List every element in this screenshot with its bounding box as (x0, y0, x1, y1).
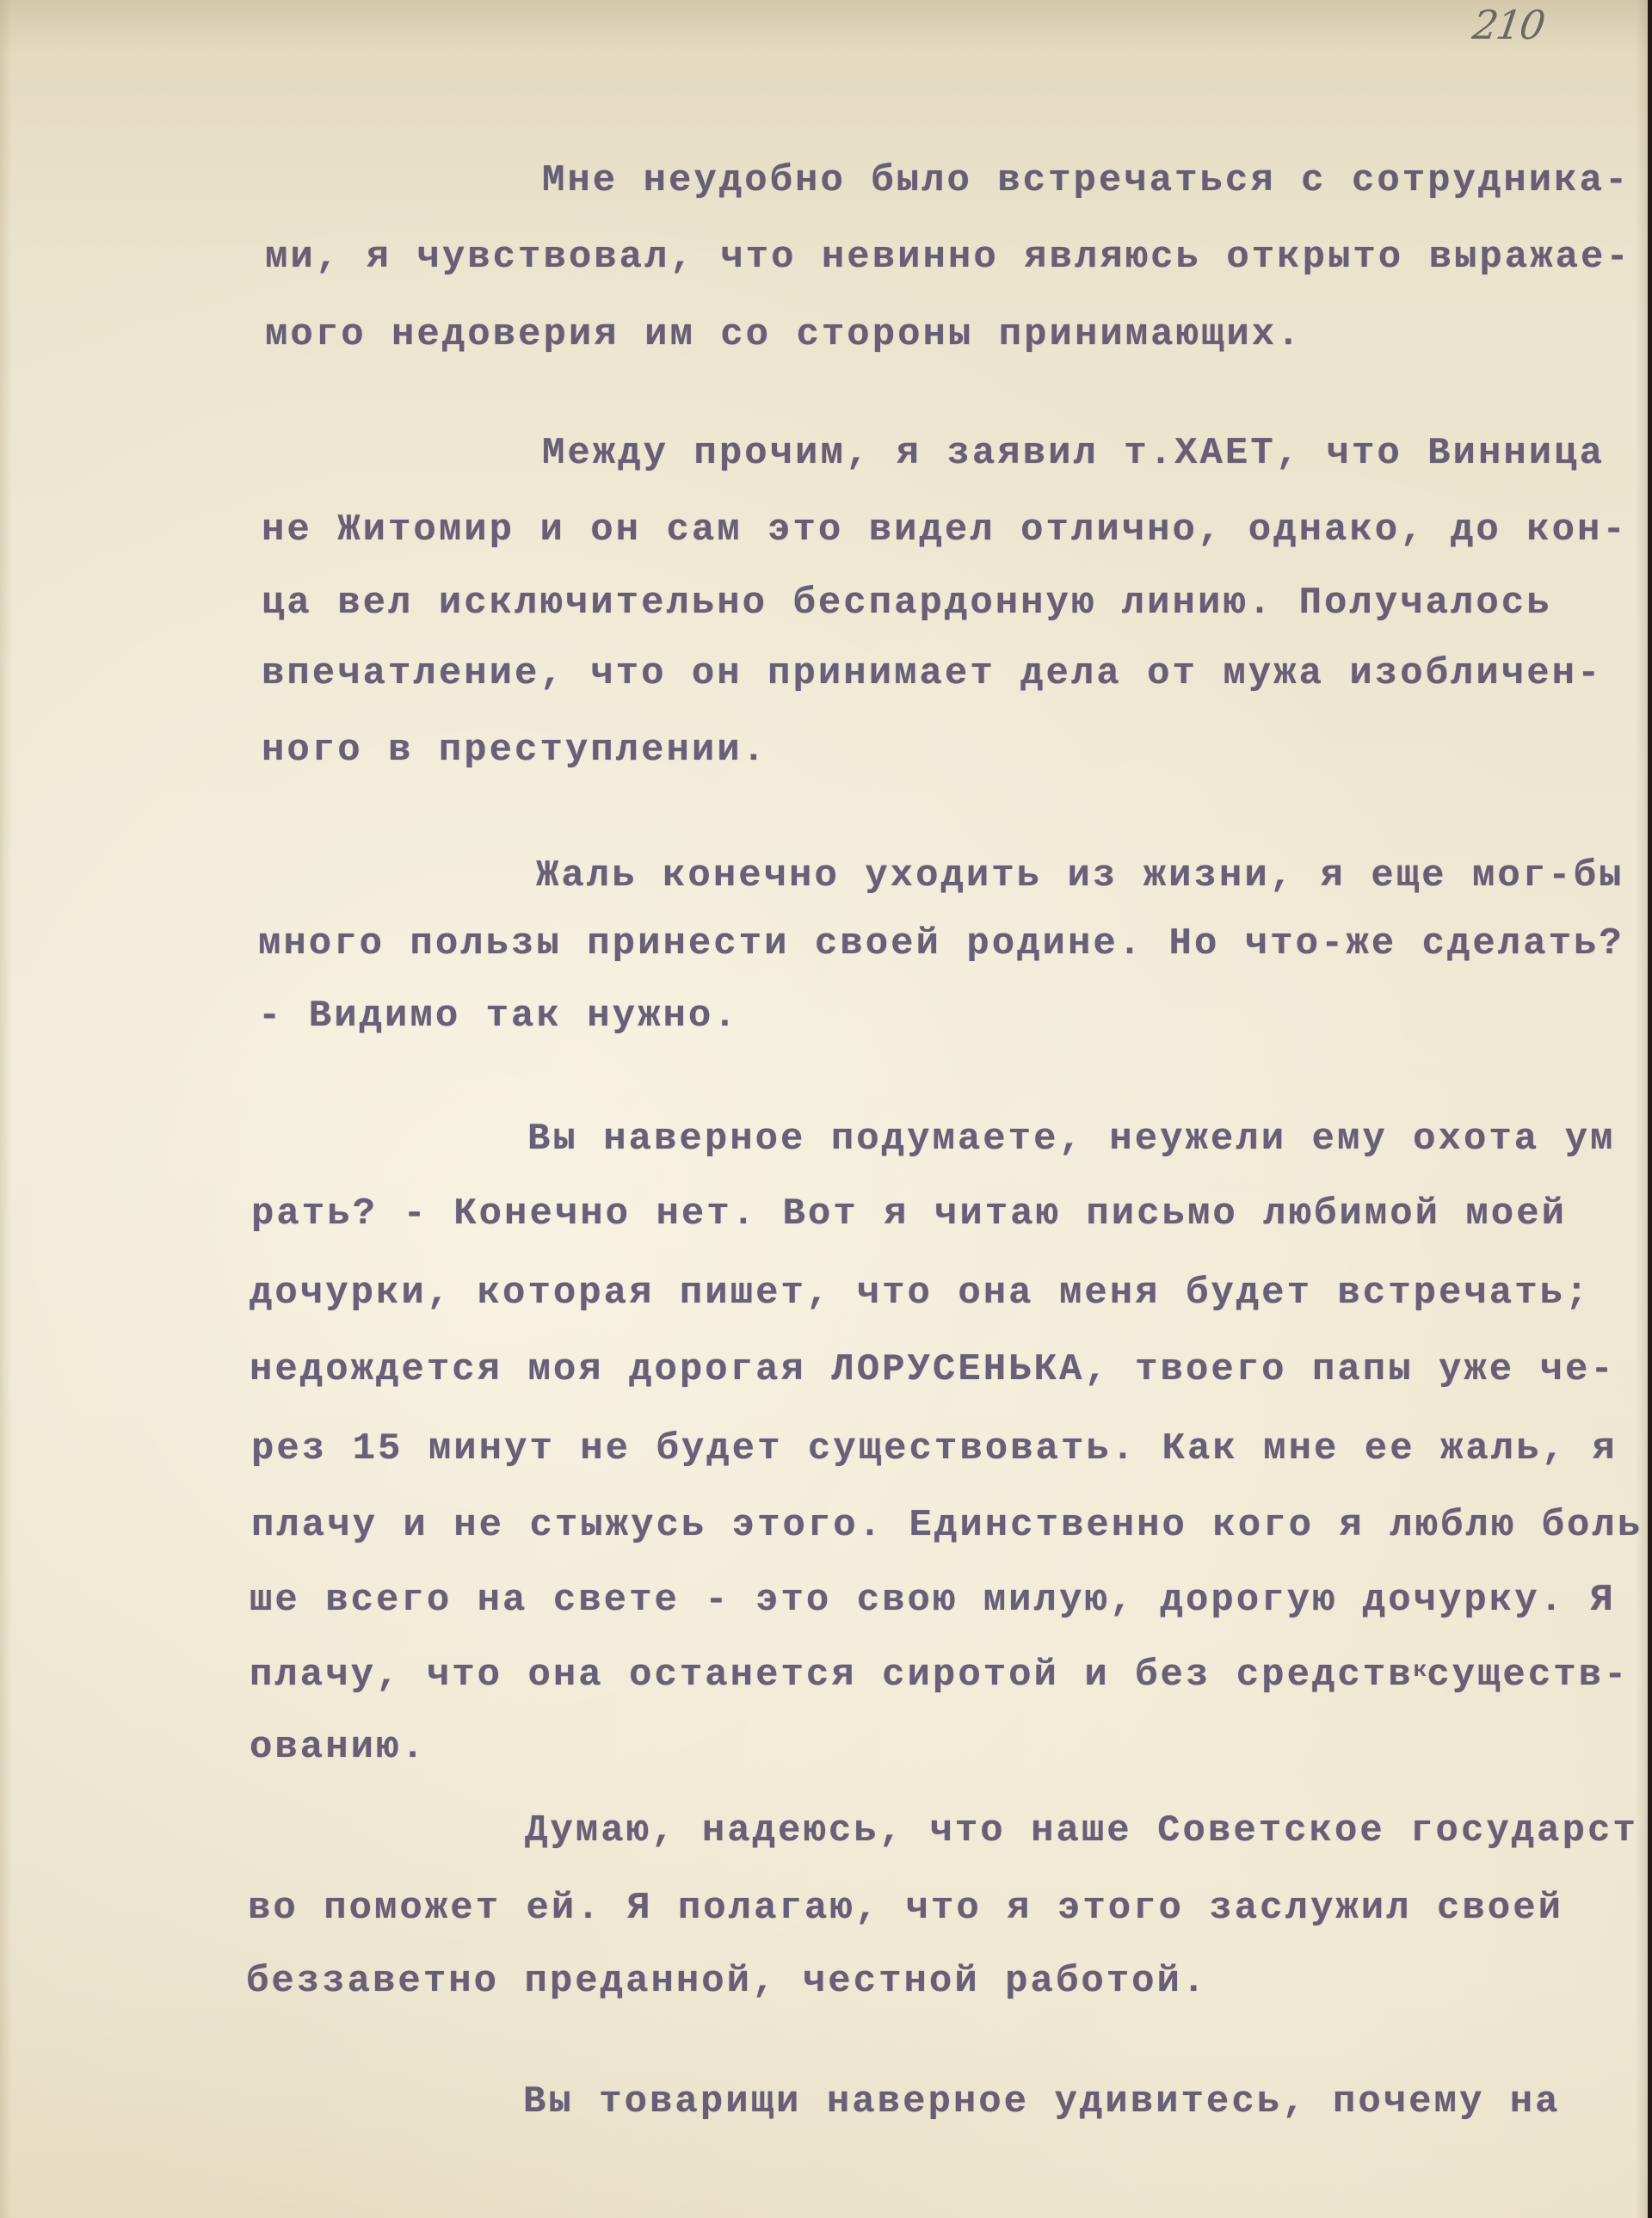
text-line: впечатление, что он принимает дела от му… (262, 655, 1602, 693)
text-line-content: во поможет ей. Я полагаю, что я этого за… (248, 1887, 1563, 1930)
page-left-shadow (0, 0, 12, 2218)
handwritten-page-number: 210 (1470, 2, 1546, 48)
text-line: - Видимо так нужно. (258, 997, 739, 1035)
text-line-content: Вы товарищи наверное удивитесь, почему н… (523, 2080, 1561, 2123)
text-line: ше всего на свете - это свою милую, доро… (250, 1581, 1616, 1619)
text-line: плачу, что она останется сиротой и без с… (250, 1656, 1629, 1694)
text-line-content: Думаю, надеюсь, что наше Советское госуд… (525, 1809, 1638, 1852)
text-line: Вы наверное подумаете, неужели ему охота… (527, 1120, 1615, 1158)
text-line: Думаю, надеюсь, что наше Советское госуд… (525, 1812, 1638, 1850)
text-line-content: плачу и не стыжусь этого. Единственно ко… (251, 1504, 1643, 1547)
text-line: недождется моя дорогая ЛОРУСЕНЬКА, твоег… (250, 1351, 1616, 1389)
text-line-content: мого недоверия им со стороны принимающих… (265, 313, 1303, 356)
text-line-content: дочурки, которая пишет, что она меня буд… (250, 1272, 1590, 1315)
text-line-content: недождется моя дорогая ЛОРУСЕНЬКА, твоег… (250, 1348, 1616, 1391)
text-line-content: Вы наверное подумаете, неужели ему охота… (527, 1118, 1615, 1161)
text-line: во поможет ей. Я полагаю, что я этого за… (248, 1889, 1563, 1927)
text-line-content: ца вел исключительно беспардонную линию.… (262, 582, 1552, 625)
text-line: ного в преступлении. (262, 731, 767, 769)
page-right-edge (1648, 0, 1652, 2218)
text-line-content: ованию. (250, 1726, 427, 1769)
text-line-content: много пользы принести своей родине. Но ч… (258, 922, 1624, 965)
text-line-content: Мне неудобно было встречаться с сотрудни… (542, 159, 1630, 202)
text-line-content: Жаль конечно уходить из жизни, я еще мог… (536, 854, 1624, 897)
text-line-content: рать? - Конечно нет. Вот я читаю письмо … (251, 1192, 1567, 1235)
text-line: беззаветно преданной, честной работой. (246, 1962, 1207, 2000)
text-line-content: ше всего на свете - это свою милую, доро… (250, 1579, 1616, 1622)
text-line-content: ного в преступлении. (262, 729, 767, 772)
text-line-content: не Житомир и он сам это видел отлично, о… (262, 508, 1628, 551)
text-line-content: плачу, что она останется сиротой и без с… (250, 1654, 1414, 1697)
document-page: 210 Мне неудобно было встречаться с сотр… (0, 0, 1652, 2218)
text-line: Между прочим, я заявил т.ХАЕТ, что Винни… (542, 434, 1605, 472)
text-line: мого недоверия им со стороны принимающих… (265, 316, 1303, 354)
text-line-content: - Видимо так нужно. (258, 995, 739, 1038)
text-line-tail: существ- (1427, 1654, 1629, 1697)
text-line-content: Между прочим, я заявил т.ХАЕТ, что Винни… (542, 432, 1605, 475)
text-line: Мне неудобно было встречаться с сотрудни… (542, 162, 1630, 200)
text-line: ца вел исключительно беспардонную линию.… (262, 584, 1552, 622)
text-line: ми, я чувствовал, что невинно являюсь от… (265, 238, 1631, 276)
superscript-insertion: к (1414, 1657, 1427, 1683)
text-line-content: беззаветно преданной, честной работой. (246, 1960, 1207, 2003)
page-right-shadow (1636, 0, 1648, 2218)
text-line: не Житомир и он сам это видел отлично, о… (262, 511, 1628, 549)
text-line: много пользы принести своей родине. Но ч… (258, 925, 1624, 963)
text-line: Жаль конечно уходить из жизни, я еще мог… (536, 857, 1624, 895)
text-line: дочурки, которая пишет, что она меня буд… (250, 1274, 1590, 1312)
text-line-content: впечатление, что он принимает дела от му… (262, 652, 1602, 695)
text-line-content: ми, я чувствовал, что невинно являюсь от… (265, 236, 1631, 279)
text-line: Вы товарищи наверное удивитесь, почему н… (523, 2083, 1561, 2121)
text-line: плачу и не стыжусь этого. Единственно ко… (251, 1506, 1643, 1544)
text-line: рать? - Конечно нет. Вот я читаю письмо … (251, 1195, 1567, 1233)
text-line-content: рез 15 минут не будет существовать. Как … (251, 1427, 1618, 1470)
text-line: рез 15 минут не будет существовать. Как … (251, 1430, 1618, 1468)
text-line: ованию. (250, 1728, 427, 1766)
